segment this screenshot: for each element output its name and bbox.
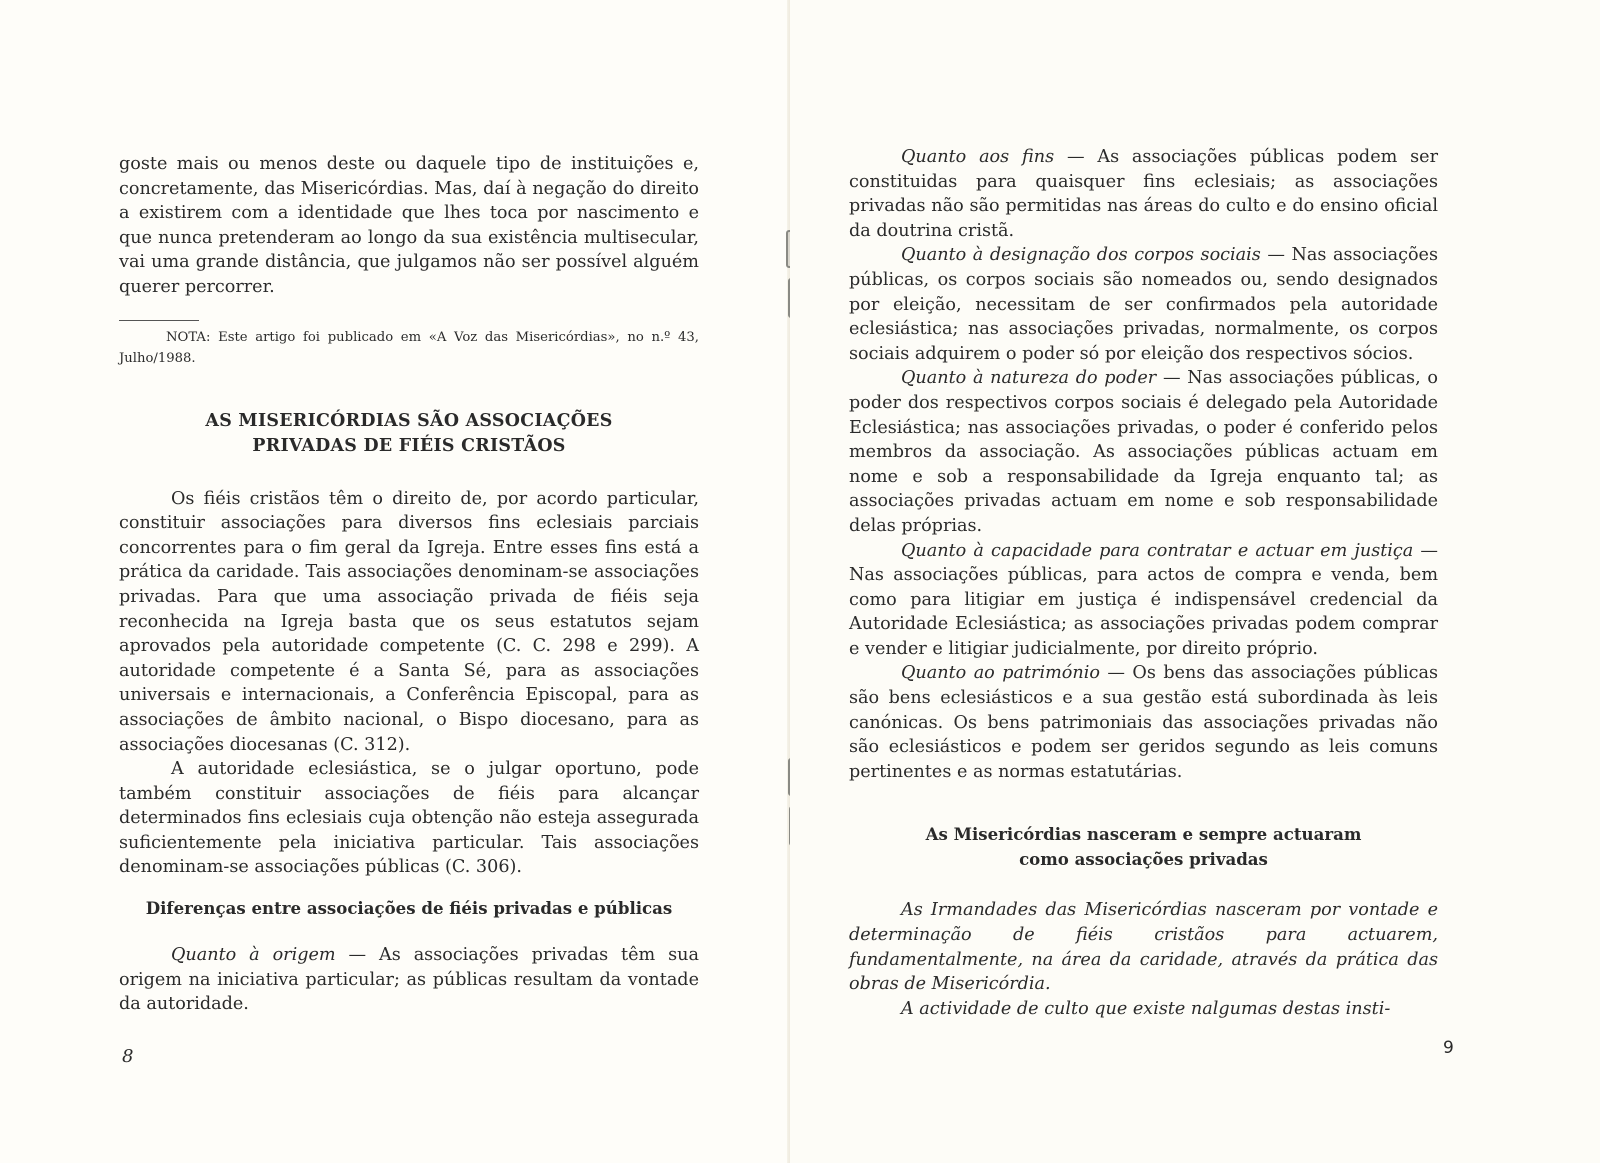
left-page: goste mais ou menos deste ou daquele tip…: [0, 0, 790, 1163]
right-page: Quanto aos fins — As associações pública…: [790, 0, 1600, 1163]
book-spread: goste mais ou menos deste ou daquele tip…: [0, 0, 1600, 1163]
page-number-left: 8: [122, 1046, 133, 1067]
italic-paragraph: A actividade de culto que existe nalguma…: [849, 997, 1438, 1022]
criterion-paragraph: Quanto à natureza do poder — Nas associa…: [849, 366, 1438, 538]
footnote-rule: [119, 320, 199, 321]
subsection-title: As Misericórdias nasceram e sempre actua…: [849, 822, 1438, 872]
origin-paragraph: Quanto à origem — As associações privada…: [119, 943, 699, 1017]
page-number-right: 9: [1443, 1038, 1454, 1058]
origin-label: Quanto à origem: [171, 945, 336, 965]
criterion-paragraph: Quanto à capacidade para contratar e act…: [849, 539, 1438, 662]
criterion-paragraph: Quanto aos fins — As associações pública…: [849, 145, 1438, 243]
body-paragraph: A autoridade eclesiástica, se o julgar o…: [119, 757, 699, 880]
left-page-text: goste mais ou menos deste ou daquele tip…: [119, 152, 699, 1017]
subsection-title: Diferenças entre associações de fiéis pr…: [119, 896, 699, 921]
section-title: AS MISERICÓRDIAS SÃO ASSOCIAÇÕES PRIVADA…: [119, 409, 699, 459]
right-page-text: Quanto aos fins — As associações pública…: [849, 145, 1438, 1021]
italic-paragraph: As Irmandades das Misericórdias nasceram…: [849, 898, 1438, 996]
criterion-paragraph: Quanto à designação dos corpos sociais —…: [849, 243, 1438, 366]
body-paragraph: Os fiéis cristãos têm o direito de, por …: [119, 487, 699, 758]
criterion-paragraph: Quanto ao património — Os bens das assoc…: [849, 661, 1438, 784]
intro-paragraph: goste mais ou menos deste ou daquele tip…: [119, 152, 699, 300]
footnote-note: NOTA: Este artigo foi publicado em «A Vo…: [119, 327, 699, 369]
